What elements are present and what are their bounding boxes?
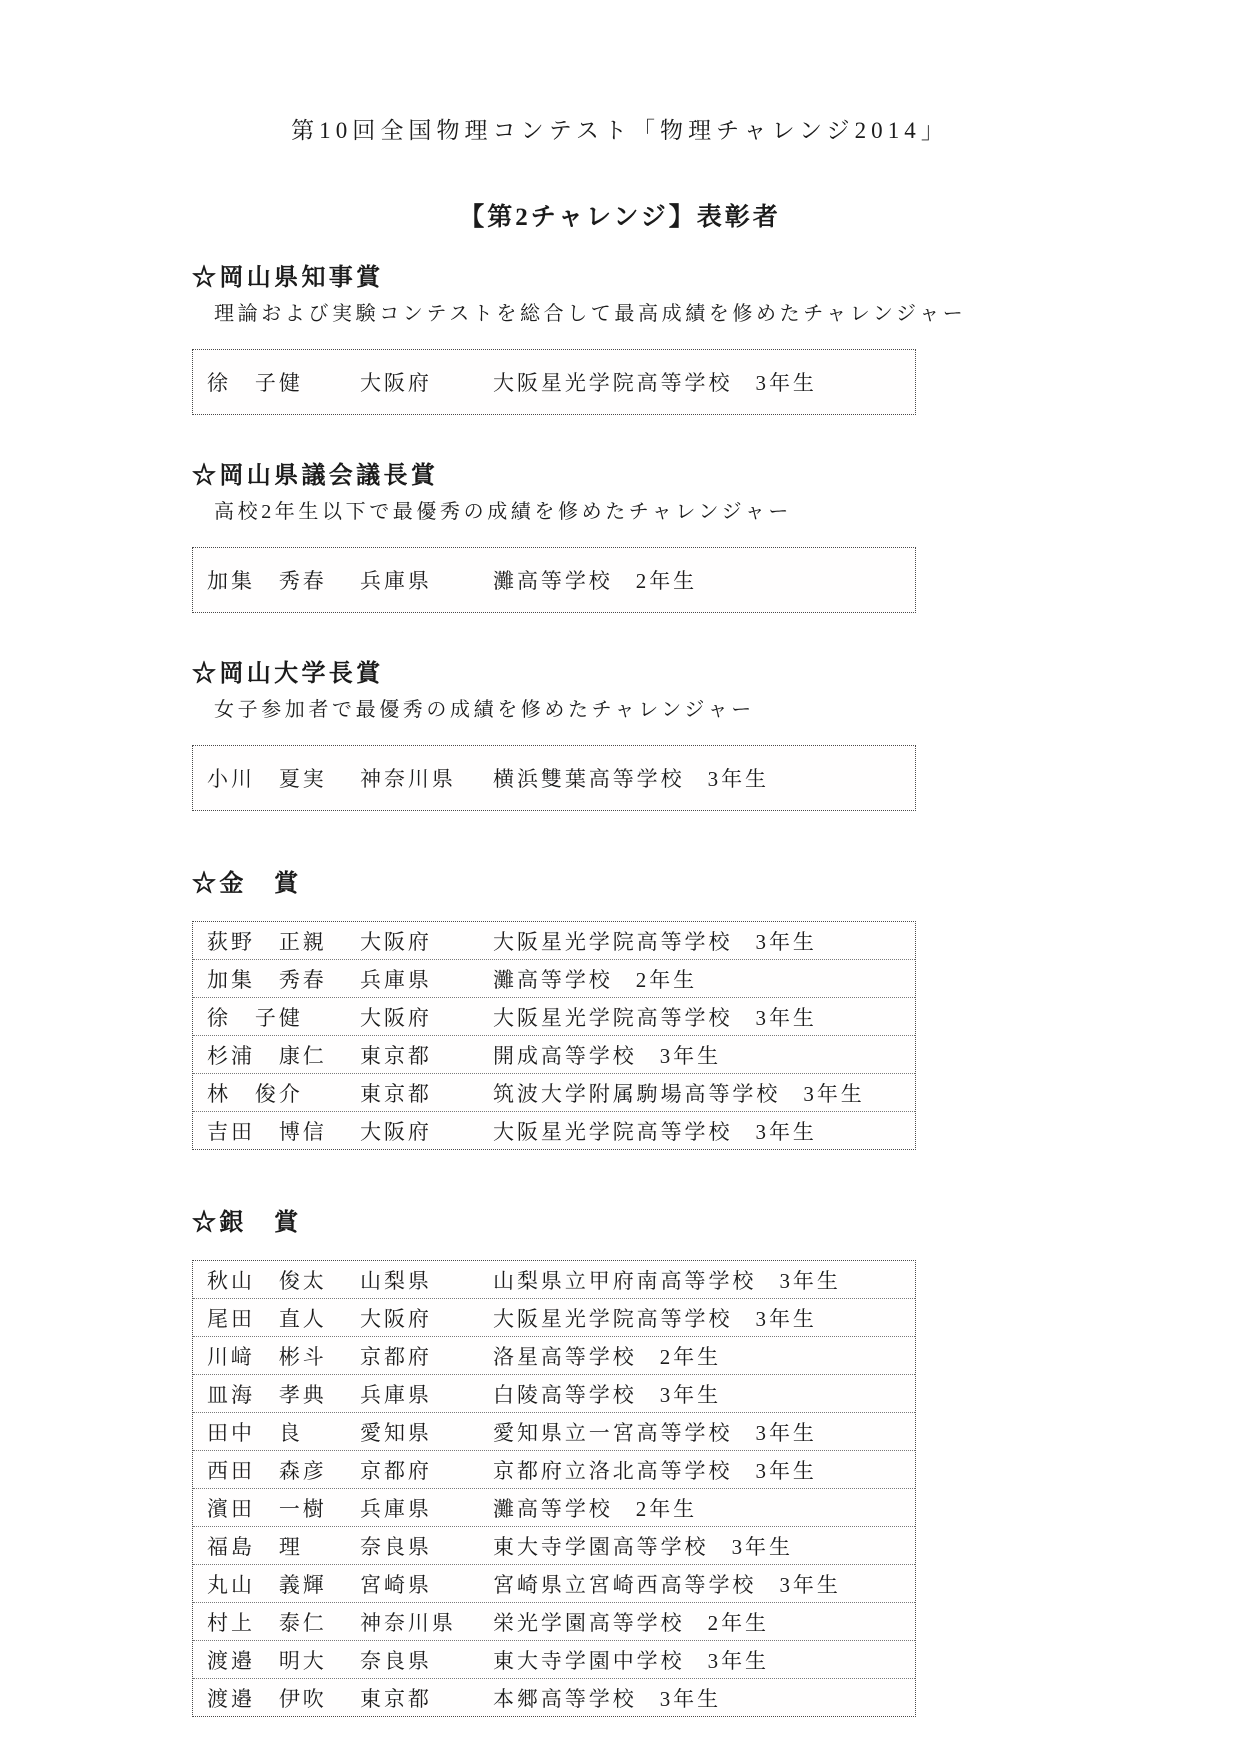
winner-school: 宮崎県立宮崎西高等学校: [493, 1573, 756, 1597]
document-body: ☆岡山県知事賞 理論および実験コンテストを総合して最高成績を修めたチャレンジャー…: [192, 233, 916, 1717]
winner-prefecture: 奈良県: [360, 1531, 493, 1561]
winner-school: 大阪星光学院高等学校: [493, 1307, 732, 1331]
winner-row: 荻野 正親 大阪府 大阪星光学院高等学校3年生: [193, 922, 915, 959]
winner-name: 川﨑 彬斗: [193, 1341, 360, 1371]
winner-grade: 2年生: [660, 1345, 721, 1369]
winner-prefecture: 兵庫県: [360, 565, 493, 595]
section-description: 女子参加者で最優秀の成績を修めたチャレンジャー: [214, 695, 916, 725]
section-heading: ☆岡山県議会議長賞: [192, 459, 916, 493]
winner-row: 村上 泰仁 神奈川県 栄光学園高等学校2年生: [193, 1602, 915, 1640]
section-heading: ☆岡山大学長賞: [192, 657, 916, 691]
winner-prefecture: 東京都: [360, 1078, 493, 1108]
winner-prefecture: 兵庫県: [360, 1493, 493, 1523]
award-section: ☆岡山県議会議長賞 高校2年生以下で最優秀の成績を修めたチャレンジャー 加集 秀…: [192, 459, 916, 613]
winner-name: 田中 良: [193, 1417, 360, 1447]
winner-prefecture: 大阪府: [360, 1116, 493, 1146]
winner-school: 白陵高等学校: [493, 1383, 637, 1407]
winner-grade: 3年生: [756, 1006, 817, 1030]
winner-name: 加集 秀春: [193, 565, 360, 595]
document-page: 第10回全国物理コンテスト「物理チャレンジ2014」 【第2チャレンジ】表彰者 …: [0, 0, 1240, 1754]
winner-school-cell: 筑波大学附属駒場高等学校3年生: [493, 1078, 915, 1108]
winner-row: 徐 子健 大阪府 大阪星光学院高等学校3年生: [193, 997, 915, 1035]
award-section: ☆岡山県知事賞 理論および実験コンテストを総合して最高成績を修めたチャレンジャー…: [192, 261, 916, 415]
winner-school-cell: 山梨県立甲府南高等学校3年生: [493, 1265, 915, 1295]
winner-school: 開成高等学校: [493, 1044, 637, 1068]
winner-prefecture: 東京都: [360, 1683, 493, 1713]
winner-school-cell: 大阪星光学院高等学校3年生: [493, 367, 915, 397]
section-heading: ☆岡山県知事賞: [192, 261, 916, 295]
winner-name: 村上 泰仁: [193, 1607, 360, 1637]
winner-prefecture: 兵庫県: [360, 1379, 493, 1409]
winner-row: 福島 理 奈良県 東大寺学園高等学校3年生: [193, 1526, 915, 1564]
winner-grade: 2年生: [636, 569, 697, 593]
winner-school-cell: 栄光学園高等学校2年生: [493, 1607, 915, 1637]
winner-school: 大阪星光学院高等学校: [493, 1006, 732, 1030]
winner-grade: 2年生: [636, 1497, 697, 1521]
winner-grade: 3年生: [660, 1383, 721, 1407]
winner-grade: 3年生: [756, 1120, 817, 1144]
winner-prefecture: 大阪府: [360, 1002, 493, 1032]
winner-prefecture: 神奈川県: [360, 763, 493, 793]
winner-school: 大阪星光学院高等学校: [493, 371, 732, 395]
winner-school: 筑波大学附属駒場高等学校: [493, 1082, 780, 1106]
winner-grade: 3年生: [660, 1687, 721, 1711]
winner-prefecture: 神奈川県: [360, 1607, 493, 1637]
winner-name: 西田 森彦: [193, 1455, 360, 1485]
section-description: 理論および実験コンテストを総合して最高成績を修めたチャレンジャー: [214, 299, 916, 329]
winner-prefecture: 山梨県: [360, 1265, 493, 1295]
winner-school-cell: 灘高等学校2年生: [493, 964, 915, 994]
winner-name: 林 俊介: [193, 1078, 360, 1108]
winner-grade: 3年生: [756, 930, 817, 954]
winner-grade: 3年生: [756, 371, 817, 395]
winner-grade: 3年生: [803, 1082, 864, 1106]
winner-school: 灘高等学校: [493, 1497, 613, 1521]
winner-row: 西田 森彦 京都府 京都府立洛北高等学校3年生: [193, 1450, 915, 1488]
award-section: ☆金 賞 荻野 正親 大阪府 大阪星光学院高等学校3年生 加集 秀春 兵庫県 灘…: [192, 867, 916, 1150]
winner-row: 林 俊介 東京都 筑波大学附属駒場高等学校3年生: [193, 1073, 915, 1111]
winner-school-cell: 大阪星光学院高等学校3年生: [493, 1303, 915, 1333]
award-section: ☆銀 賞 秋山 俊太 山梨県 山梨県立甲府南高等学校3年生 尾田 直人 大阪府 …: [192, 1206, 916, 1717]
winner-row: 渡邉 伊吹 東京都 本郷高等学校3年生: [193, 1678, 915, 1716]
winner-grade: 2年生: [636, 968, 697, 992]
winner-school-cell: 開成高等学校3年生: [493, 1040, 915, 1070]
winner-school-cell: 東大寺学園中学校3年生: [493, 1645, 915, 1675]
winner-prefecture: 愛知県: [360, 1417, 493, 1447]
section-heading: ☆金 賞: [192, 867, 916, 901]
winner-school: 愛知県立一宮高等学校: [493, 1421, 732, 1445]
winner-grade: 3年生: [708, 767, 769, 791]
winner-school: 灘高等学校: [493, 968, 613, 992]
winner-grade: 3年生: [756, 1307, 817, 1331]
section-heading: ☆銀 賞: [192, 1206, 916, 1240]
section-description: 高校2年生以下で最優秀の成績を修めたチャレンジャー: [214, 497, 916, 527]
winner-row: 尾田 直人 大阪府 大阪星光学院高等学校3年生: [193, 1298, 915, 1336]
winner-table: 秋山 俊太 山梨県 山梨県立甲府南高等学校3年生 尾田 直人 大阪府 大阪星光学…: [192, 1260, 916, 1717]
winner-grade: 3年生: [756, 1421, 817, 1445]
winner-school-cell: 大阪星光学院高等学校3年生: [493, 1116, 915, 1146]
winner-school-cell: 洛星高等学校2年生: [493, 1341, 915, 1371]
winner-school: 東大寺学園高等学校: [493, 1535, 708, 1559]
winner-row: 田中 良 愛知県 愛知県立一宮高等学校3年生: [193, 1412, 915, 1450]
winner-row: 徐 子健 大阪府 大阪星光学院高等学校3年生: [193, 350, 915, 414]
winner-grade: 2年生: [708, 1611, 769, 1635]
winner-row: 皿海 孝典 兵庫県 白陵高等学校3年生: [193, 1374, 915, 1412]
winner-name: 杉浦 康仁: [193, 1040, 360, 1070]
document-title: 第10回全国物理コンテスト「物理チャレンジ2014」: [0, 0, 1240, 145]
winner-row: 濱田 一樹 兵庫県 灘高等学校2年生: [193, 1488, 915, 1526]
winner-school-cell: 宮崎県立宮崎西高等学校3年生: [493, 1569, 915, 1599]
winner-school-cell: 灘高等学校2年生: [493, 565, 915, 595]
winner-grade: 3年生: [779, 1573, 840, 1597]
winner-school: 本郷高等学校: [493, 1687, 637, 1711]
winner-school: 灘高等学校: [493, 569, 613, 593]
winner-school: 横浜雙葉高等学校: [493, 767, 685, 791]
winner-prefecture: 大阪府: [360, 367, 493, 397]
winner-name: 加集 秀春: [193, 964, 360, 994]
winner-school-cell: 大阪星光学院高等学校3年生: [493, 926, 915, 956]
winner-school-cell: 横浜雙葉高等学校3年生: [493, 763, 915, 793]
winner-school: 山梨県立甲府南高等学校: [493, 1269, 756, 1293]
winner-name: 小川 夏実: [193, 763, 360, 793]
winner-name: 皿海 孝典: [193, 1379, 360, 1409]
winner-school: 大阪星光学院高等学校: [493, 1120, 732, 1144]
winner-prefecture: 宮崎県: [360, 1569, 493, 1599]
winner-school-cell: 大阪星光学院高等学校3年生: [493, 1002, 915, 1032]
winner-name: 濱田 一樹: [193, 1493, 360, 1523]
winner-name: 丸山 義輝: [193, 1569, 360, 1599]
winner-school-cell: 東大寺学園高等学校3年生: [493, 1531, 915, 1561]
winner-row: 加集 秀春 兵庫県 灘高等学校2年生: [193, 959, 915, 997]
winner-table: 徐 子健 大阪府 大阪星光学院高等学校3年生: [192, 349, 916, 415]
winner-name: 渡邉 明大: [193, 1645, 360, 1675]
winner-table: 荻野 正親 大阪府 大阪星光学院高等学校3年生 加集 秀春 兵庫県 灘高等学校2…: [192, 921, 916, 1150]
winner-row: 加集 秀春 兵庫県 灘高等学校2年生: [193, 548, 915, 612]
winner-grade: 3年生: [660, 1044, 721, 1068]
winner-row: 渡邉 明大 奈良県 東大寺学園中学校3年生: [193, 1640, 915, 1678]
winner-name: 徐 子健: [193, 1002, 360, 1032]
winner-row: 丸山 義輝 宮崎県 宮崎県立宮崎西高等学校3年生: [193, 1564, 915, 1602]
winner-row: 小川 夏実 神奈川県 横浜雙葉高等学校3年生: [193, 746, 915, 810]
winner-school-cell: 灘高等学校2年生: [493, 1493, 915, 1523]
winner-prefecture: 兵庫県: [360, 964, 493, 994]
winner-row: 杉浦 康仁 東京都 開成高等学校3年生: [193, 1035, 915, 1073]
winner-name: 荻野 正親: [193, 926, 360, 956]
winner-school: 栄光学園高等学校: [493, 1611, 685, 1635]
winner-name: 徐 子健: [193, 367, 360, 397]
winner-name: 秋山 俊太: [193, 1265, 360, 1295]
winner-name: 福島 理: [193, 1531, 360, 1561]
winner-school-cell: 愛知県立一宮高等学校3年生: [493, 1417, 915, 1447]
winner-row: 吉田 博信 大阪府 大阪星光学院高等学校3年生: [193, 1111, 915, 1149]
winner-school-cell: 本郷高等学校3年生: [493, 1683, 915, 1713]
winner-name: 渡邉 伊吹: [193, 1683, 360, 1713]
winner-prefecture: 大阪府: [360, 926, 493, 956]
winner-grade: 3年生: [779, 1269, 840, 1293]
winner-school: 京都府立洛北高等学校: [493, 1459, 732, 1483]
winner-school-cell: 京都府立洛北高等学校3年生: [493, 1455, 915, 1485]
document-subtitle: 【第2チャレンジ】表彰者: [0, 197, 1240, 233]
winner-grade: 3年生: [732, 1535, 793, 1559]
winner-grade: 3年生: [756, 1459, 817, 1483]
winner-row: 秋山 俊太 山梨県 山梨県立甲府南高等学校3年生: [193, 1261, 915, 1298]
winner-table: 加集 秀春 兵庫県 灘高等学校2年生: [192, 547, 916, 613]
award-section: ☆岡山大学長賞 女子参加者で最優秀の成績を修めたチャレンジャー 小川 夏実 神奈…: [192, 657, 916, 811]
winner-school: 東大寺学園中学校: [493, 1649, 685, 1673]
winner-school: 洛星高等学校: [493, 1345, 637, 1369]
winner-prefecture: 京都府: [360, 1455, 493, 1485]
winner-row: 川﨑 彬斗 京都府 洛星高等学校2年生: [193, 1336, 915, 1374]
winner-grade: 3年生: [708, 1649, 769, 1673]
winner-school-cell: 白陵高等学校3年生: [493, 1379, 915, 1409]
winner-prefecture: 大阪府: [360, 1303, 493, 1333]
winner-prefecture: 奈良県: [360, 1645, 493, 1675]
winner-name: 吉田 博信: [193, 1116, 360, 1146]
winner-prefecture: 京都府: [360, 1341, 493, 1371]
winner-school: 大阪星光学院高等学校: [493, 930, 732, 954]
winner-name: 尾田 直人: [193, 1303, 360, 1333]
winner-table: 小川 夏実 神奈川県 横浜雙葉高等学校3年生: [192, 745, 916, 811]
winner-prefecture: 東京都: [360, 1040, 493, 1070]
